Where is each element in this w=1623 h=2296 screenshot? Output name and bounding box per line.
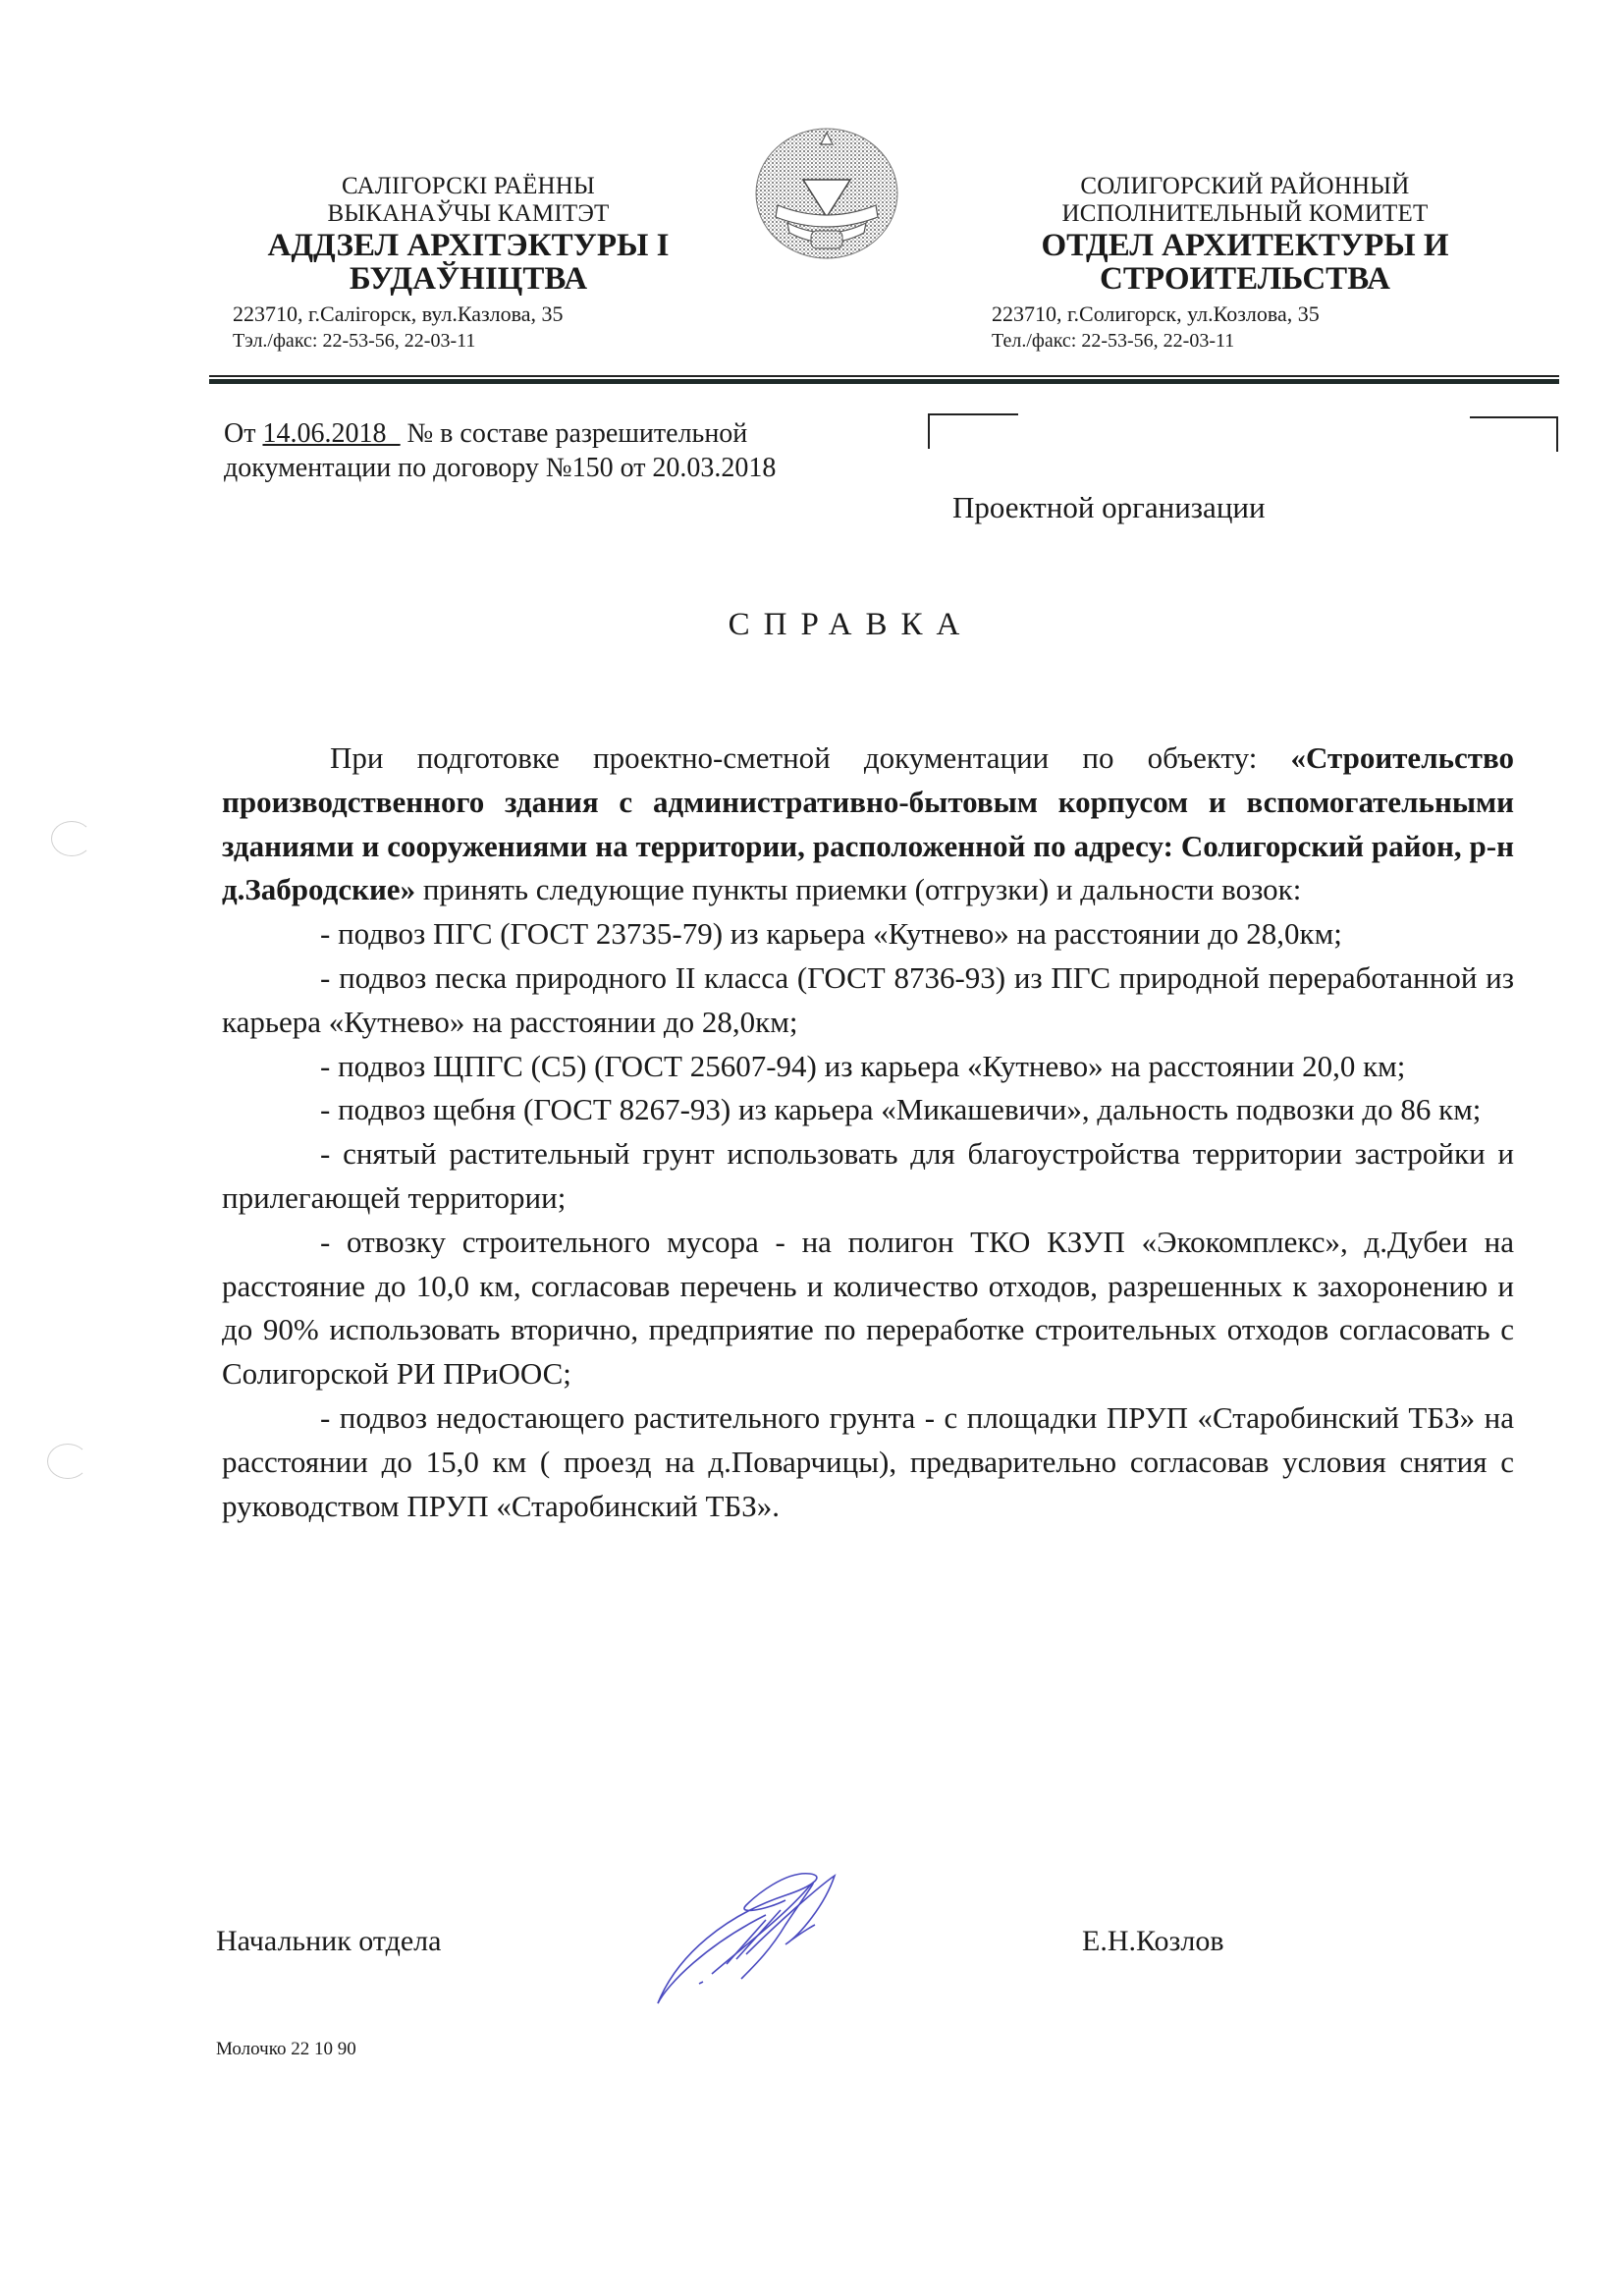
intro-text: При подготовке проектно-сметной документ… (330, 740, 1291, 775)
signatory-position: Начальник отдела (216, 1925, 441, 1958)
ref-prefix: От (224, 418, 262, 449)
emblem-icon (748, 123, 905, 260)
address: 223710, г.Солигорск, ул.Козлова, 35 (990, 300, 1500, 328)
department-line-1: АДДЗЕЛ АРХІТЭКТУРЫ І (233, 229, 704, 262)
intro-paragraph: При подготовке проектно-сметной документ… (222, 737, 1514, 912)
list-item: - снятый растительный грунт использовать… (222, 1132, 1514, 1221)
document-reference: От 14.06.2018_ № в составе разрешительно… (224, 416, 776, 485)
list-item: - подвоз недостающего растительного грун… (222, 1396, 1514, 1528)
intro-tail: принять следующие пункты приемки (отгруз… (415, 872, 1301, 906)
org-line-2: ВЫКАНАЎЧЫ КАМІТЭТ (233, 201, 704, 226)
signatory-name: Е.Н.Козлов (1082, 1925, 1224, 1958)
ref-rest: № в составе разрешительной (400, 418, 747, 449)
address-corner-right (1470, 416, 1558, 452)
list-item: - подвоз песка природного II класса (ГОС… (222, 957, 1514, 1045)
org-line-2: ИСПОЛНИТЕЛЬНЫЙ КОМИТЕТ (990, 201, 1500, 226)
letterhead-left: САЛІГОРСКІ РАЁННЫ ВЫКАНАЎЧЫ КАМІТЭТ АДДЗ… (233, 174, 704, 354)
document-body: При подготовке проектно-сметной документ… (222, 737, 1514, 1528)
list-item: - подвоз щебня (ГОСТ 8267-93) из карьера… (222, 1088, 1514, 1132)
ref-date: 14.06.2018_ (262, 418, 400, 449)
header-divider-thin (209, 375, 1559, 377)
list-item: - отвозку строительного мусора - на поли… (222, 1221, 1514, 1396)
list-item: - подвоз ПГС (ГОСТ 23735-79) из карьера … (222, 912, 1514, 957)
address-corner-left (928, 413, 1018, 449)
punch-hole-mark (47, 1444, 88, 1479)
punch-hole-mark (51, 821, 92, 856)
addressee: Проектной организации (952, 490, 1266, 525)
list-item: - подвоз ЩПГС (С5) (ГОСТ 25607-94) из ка… (222, 1045, 1514, 1089)
phone: Тел./факс: 22-53-56, 22-03-11 (990, 328, 1500, 354)
org-line-1: СОЛИГОРСКИЙ РАЙОННЫЙ (990, 174, 1500, 198)
header-divider-thick (209, 379, 1559, 384)
phone: Тэл./факс: 22-53-56, 22-03-11 (233, 328, 704, 354)
department-line-1: ОТДЕЛ АРХИТЕКТУРЫ И (990, 229, 1500, 262)
department-line-2: СТРОИТЕЛЬСТВА (990, 262, 1500, 296)
org-line-1: САЛІГОРСКІ РАЁННЫ (233, 174, 704, 198)
ref-line-2: документации по договору №150 от 20.03.2… (224, 451, 776, 485)
address: 223710, г.Салігорск, вул.Казлова, 35 (233, 300, 704, 328)
executor-info: Молочко 22 10 90 (216, 2039, 356, 2060)
signature-icon (638, 1866, 933, 2013)
department-line-2: БУДАЎНІЦТВА (233, 262, 704, 296)
letterhead-right: СОЛИГОРСКИЙ РАЙОННЫЙ ИСПОЛНИТЕЛЬНЫЙ КОМИ… (990, 174, 1500, 354)
document-title: СПРАВКА (0, 607, 1623, 643)
